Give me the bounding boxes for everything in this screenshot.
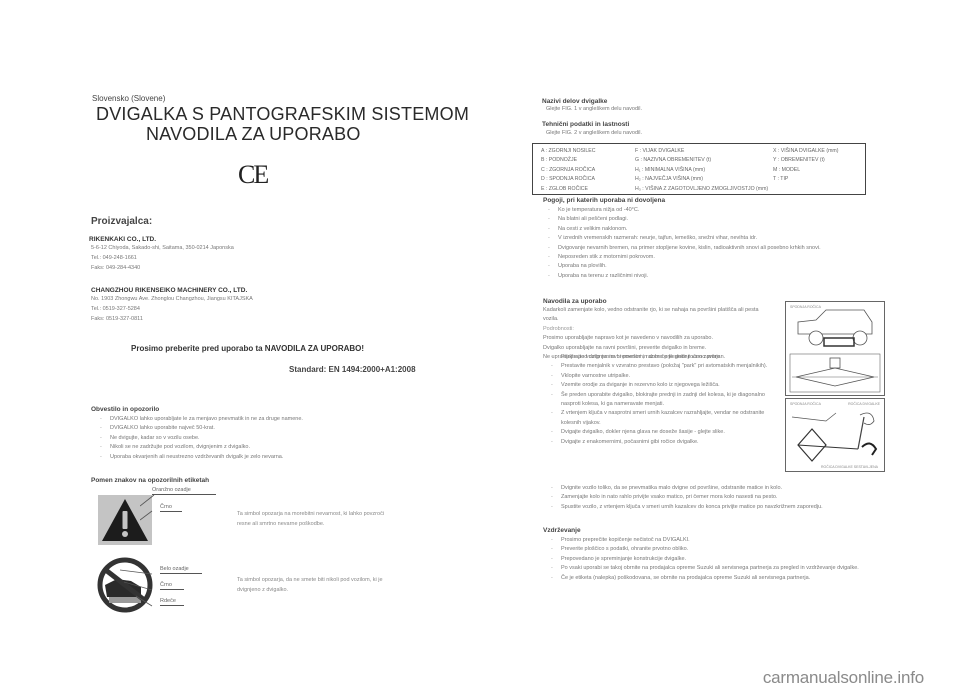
spec-cell: G : NAZIVNA OBREMENITEV (t) (635, 156, 768, 165)
list-item: Parkirajte vozilo na ravni površini in d… (551, 353, 776, 362)
warning-heading: Obvestilo in opozorilo (91, 406, 159, 413)
conditions-heading: Pogoji, pri katerih uporaba ni dovoljena (543, 197, 665, 204)
callout-lines (120, 560, 160, 612)
callout-black: Črno (160, 504, 182, 512)
list-item: Vklopite varnostne utripalke. (551, 372, 776, 381)
manufacturer-name: RIKENKAKI CO., LTD. (89, 236, 234, 243)
manufacturer-heading: Proizvajalca: (91, 216, 152, 227)
car-jack-drawing-icon (786, 302, 884, 395)
figure-label: ROČICA DVIGALKE (848, 402, 880, 406)
document-title: DVIGALKA S PANTOGRAFSKIM SISTEMOM (96, 104, 469, 125)
list-item: V izrednih vremenskih razmerah: neurje, … (548, 234, 893, 243)
manufacturer-address: 5-6-12 Chiyoda, Sakado-shi, Saitama, 350… (89, 243, 234, 253)
list-item: Z vrtenjem ključa v nasprotni smeri urni… (551, 409, 776, 428)
instructions-steps-cont: Dvignite vozilo toliko, da se pnevmatika… (551, 484, 941, 512)
list-item: Dvigovanje nevarnih bremen, na primer st… (548, 244, 893, 253)
list-item: Spustite vozilo, z vrtenjem ključa v sme… (551, 503, 941, 512)
list-item: Zamenjajte kolo in nato rahlo privijte v… (551, 493, 941, 502)
figure-jack-operation: SPODNJA ROČICA ROČICA DVIGALKE ROČICA DV… (785, 398, 885, 472)
watermark: carmanualsonline.info (763, 668, 924, 688)
callout-black: Črno (160, 582, 184, 590)
spec-cell: Y : OBREMENITEV (t) (773, 156, 838, 165)
figure-caption: ROČICA DVIGALKE SESTAVLJENA (821, 465, 878, 469)
spec-cell: D : SPODNJA ROČICA (541, 175, 595, 184)
figure-label: SPODNJA ROČICA (790, 305, 821, 309)
list-item: Uporaba okvarjenih ali neustrezno vzdrže… (100, 453, 303, 462)
spec-table: A : ZGORNJI NOSILEC B : PODNOŽJE C : ZGO… (532, 143, 866, 195)
manufacturer-tel: Tel.: 0519-327-5284 (91, 304, 253, 314)
spec-cell: C : ZGORNJA ROČICA (541, 166, 595, 175)
spec-cell: M : MODEL (773, 166, 838, 175)
manufacturer-fax: Faks: 049-284-4340 (89, 263, 234, 273)
manufacturer-1: RIKENKAKI CO., LTD. 5-6-12 Chiyoda, Saka… (89, 236, 234, 273)
figure-label: SPODNJA ROČICA (790, 402, 821, 406)
list-item: Še preden uporabite dvigalko, blokirajte… (551, 391, 776, 410)
list-item: Nikoli se ne zadržujte pod vozilom, dvig… (100, 443, 303, 452)
symbol-description: Ta simbol opozarja na morebitni nevarnos… (237, 510, 387, 529)
intro-line: Prosimo uporabljajte napravo kot je nave… (543, 334, 768, 343)
manufacturer-2: CHANGZHOU RIKENSEIKO MACHINERY CO., LTD.… (91, 287, 253, 324)
list-item: Prestavite menjalnik v vzvratno prestavo… (551, 362, 776, 371)
list-item: DVIGALKO lahko uporabite največ 50-krat. (100, 424, 303, 433)
spec-cell: H₂ : NAJVEČJA VIŠINA (mm) (635, 175, 768, 184)
list-item: Vzemite orodje za dviganje in rezervno k… (551, 381, 776, 390)
spec-cell: X : VIŠINA DVIGALKE (mm) (773, 147, 838, 156)
list-item: Dvigajte dvigalko, dokler njena glava ne… (551, 428, 776, 437)
spec-cell: H₃ : VIŠINA Z ZAGOTOVLJENO ZMOGLJIVOSTJO… (635, 185, 768, 194)
conditions-list: Ko je temperatura nižja od -40°C. Na bla… (548, 206, 893, 281)
list-item: Uporaba na plovilih. (548, 262, 893, 271)
list-item: Na blatni ali peščeni podlagi. (548, 215, 893, 224)
jack-handle-drawing-icon (786, 399, 884, 471)
maintenance-list: Prosimo preprečite kopičenje nečistoč na… (551, 536, 921, 583)
list-item: DVIGALKO lahko uporabljate le za menjavo… (100, 415, 303, 424)
spec-cell: H₁ : MINIMALNA VIŠINA (mm) (635, 166, 768, 175)
spec-cell: F : VIJAK DVIGALKE (635, 147, 768, 156)
spec-cell: T : TIP (773, 175, 838, 184)
list-item: Ko je temperatura nižja od -40°C. (548, 206, 893, 215)
ce-mark-icon: CE (238, 160, 267, 190)
figure-car-on-jack: SPODNJA ROČICA (785, 301, 885, 396)
callout-red: Rdeče (160, 598, 184, 606)
spec-cell: B : PODNOŽJE (541, 156, 595, 165)
document-subtitle: NAVODILA ZA UPORABO (146, 124, 361, 145)
symbol-description: Ta simbol opozarja, da ne smete biti nik… (237, 576, 387, 595)
maintenance-heading: Vzdrževanje (543, 527, 581, 534)
list-item: Dvignite vozilo toliko, da se pnevmatika… (551, 484, 941, 493)
spec-cell: E : ZGLOB ROČICE (541, 185, 595, 194)
standard-label: Standard: EN 1494:2000+A1:2008 (289, 365, 416, 374)
callout-orange-bg: Oranžno ozadje (152, 487, 216, 495)
manufacturer-address: No. 1903 Zhongwu Ave. Zhonglou Changzhou… (91, 294, 253, 304)
left-page: Slovensko (Slovene) DVIGALKA S PANTOGRAF… (0, 0, 480, 692)
labels-heading: Pomen znakov na opozorilnih etiketah (91, 477, 209, 484)
list-item: Če je etiketa (nalepka) poškodovana, se … (551, 574, 921, 583)
manufacturer-name: CHANGZHOU RIKENSEIKO MACHINERY CO., LTD. (91, 287, 253, 294)
list-item: Na cesti z velikim naklonom. (548, 225, 893, 234)
list-item: Neposreden stik z motornimi pokrovom. (548, 253, 893, 262)
list-item: Po vsaki uporabi se takoj obrnite na pro… (551, 564, 921, 573)
list-item: Dvigajte z enakomernimi, počasnimi gibi … (551, 438, 776, 447)
tech-note: Glejte FIG. 2 v angleškem delu navodil. (546, 128, 642, 138)
read-notice: Prosimo preberite pred uporabo ta NAVODI… (131, 344, 364, 353)
spec-column-2: F : VIJAK DVIGALKE G : NAZIVNA OBREMENIT… (635, 147, 768, 194)
intro-details: Podrobnosti: (543, 325, 768, 334)
manufacturer-fax: Faks: 0519-327-0811 (91, 314, 253, 324)
list-item: Ne dvigujte, kadar so v vozilu osebe. (100, 434, 303, 443)
parts-note: Glejte FIG. 1 v angleškem delu navodil. (546, 104, 642, 114)
list-item: Uporaba na terenu z različnimi nivoji. (548, 272, 893, 281)
language-label: Slovensko (Slovene) (92, 94, 165, 103)
spec-column-3: X : VIŠINA DVIGALKE (mm) Y : OBREMENITEV… (773, 147, 838, 185)
tech-heading: Tehnični podatki in lastnosti (542, 121, 629, 128)
instructions-steps: Parkirajte vozilo na ravni površini in d… (551, 353, 776, 447)
warning-list: DVIGALKO lahko uporabljate le za menjavo… (100, 415, 303, 462)
intro-paragraph: Kadarkoli zamenjate kolo, vedno odstrani… (543, 306, 768, 325)
instructions-heading: Navodila za uporabo (543, 298, 607, 305)
spec-cell: A : ZGORNJI NOSILEC (541, 147, 595, 156)
list-item: Prosimo preprečite kopičenje nečistoč na… (551, 536, 921, 545)
spec-column-1: A : ZGORNJI NOSILEC B : PODNOŽJE C : ZGO… (541, 147, 595, 194)
callout-white-bg: Belo ozadje (160, 566, 202, 574)
intro-line: Dvigalko uporabljajte na ravni površini,… (543, 344, 768, 353)
list-item: Preverite ploščico s podatki, ohranite p… (551, 545, 921, 554)
manufacturer-tel: Tel.: 049-248-1661 (89, 253, 234, 263)
list-item: Prepovedano je spreminjanje konstrukcije… (551, 555, 921, 564)
